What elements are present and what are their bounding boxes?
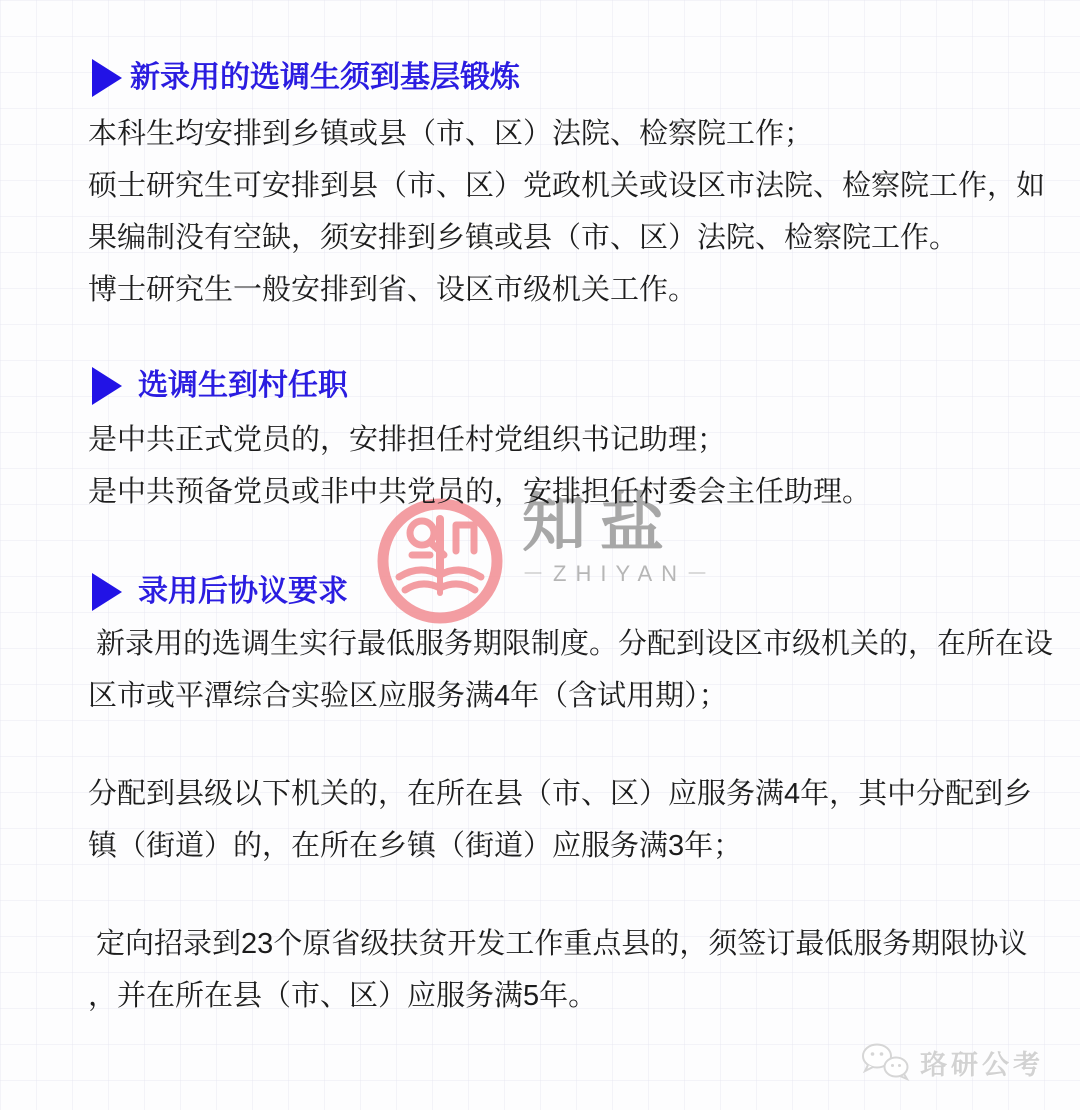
body-line: 分配到县级以下机关的，在所在县（市、区）应服务满4年，其中分配到乡 <box>88 768 1048 820</box>
account-watermark-label: 珞研公考 <box>920 1043 1044 1082</box>
triangle-bullet-icon <box>92 59 122 97</box>
body-line: ，并在所在县（市、区）应服务满5年。 <box>88 970 1048 1022</box>
section-heading-1: 新录用的选调生须到基层锻炼 <box>88 58 1048 98</box>
section-heading-label: 新录用的选调生须到基层锻炼 <box>130 58 520 98</box>
section-3-paragraph-3: 定向招录到23个原省级扶贫开发工作重点县的，须签订最低服务期限协议 ，并在所在县… <box>88 918 1048 1022</box>
triangle-bullet-icon <box>92 367 122 405</box>
section-3-paragraph-2: 分配到县级以下机关的，在所在县（市、区）应服务满4年，其中分配到乡 镇（街道）的… <box>88 768 1048 872</box>
body-line: 新录用的选调生实行最低服务期限制度。分配到设区市级机关的，在所在设 <box>88 618 1048 670</box>
body-line: 硕士研究生可安排到县（市、区）党政机关或设区市法院、检察院工作，如 <box>88 160 1048 212</box>
body-line: 是中共预备党员或非中共党员的，安排担任村委会主任助理。 <box>88 466 1048 518</box>
section-3-paragraph-1: 新录用的选调生实行最低服务期限制度。分配到设区市级机关的，在所在设 区市或平潭综… <box>88 618 1048 722</box>
section-heading-label: 录用后协议要求 <box>138 572 348 612</box>
article-content: 新录用的选调生须到基层锻炼 本科生均安排到乡镇或县（市、区）法院、检察院工作； … <box>88 0 1048 1022</box>
body-line: 博士研究生一般安排到省、设区市级机关工作。 <box>88 264 1048 316</box>
section-2-paragraph: 是中共正式党员的，安排担任村党组织书记助理； 是中共预备党员或非中共党员的，安排… <box>88 414 1048 518</box>
triangle-bullet-icon <box>92 573 122 611</box>
section-heading-2: 选调生到村任职 <box>88 366 1048 406</box>
body-line: 是中共正式党员的，安排担任村党组织书记助理； <box>88 414 1048 466</box>
section-heading-3: 录用后协议要求 <box>88 572 1048 612</box>
section-1-paragraph: 本科生均安排到乡镇或县（市、区）法院、检察院工作； 硕士研究生可安排到县（市、区… <box>88 108 1048 316</box>
section-heading-label: 选调生到村任职 <box>138 366 348 406</box>
body-line: 本科生均安排到乡镇或县（市、区）法院、检察院工作； <box>88 108 1048 160</box>
wechat-bubbles-icon <box>860 1042 912 1082</box>
body-line: 果编制没有空缺，须安排到乡镇或县（市、区）法院、检察院工作。 <box>88 212 1048 264</box>
account-watermark: 珞研公考 <box>860 1042 1044 1082</box>
body-line: 定向招录到23个原省级扶贫开发工作重点县的，须签订最低服务期限协议 <box>88 918 1048 970</box>
body-line: 区市或平潭综合实验区应服务满4年（含试用期）； <box>88 670 1048 722</box>
body-line: 镇（街道）的，在所在乡镇（街道）应服务满3年； <box>88 820 1048 872</box>
